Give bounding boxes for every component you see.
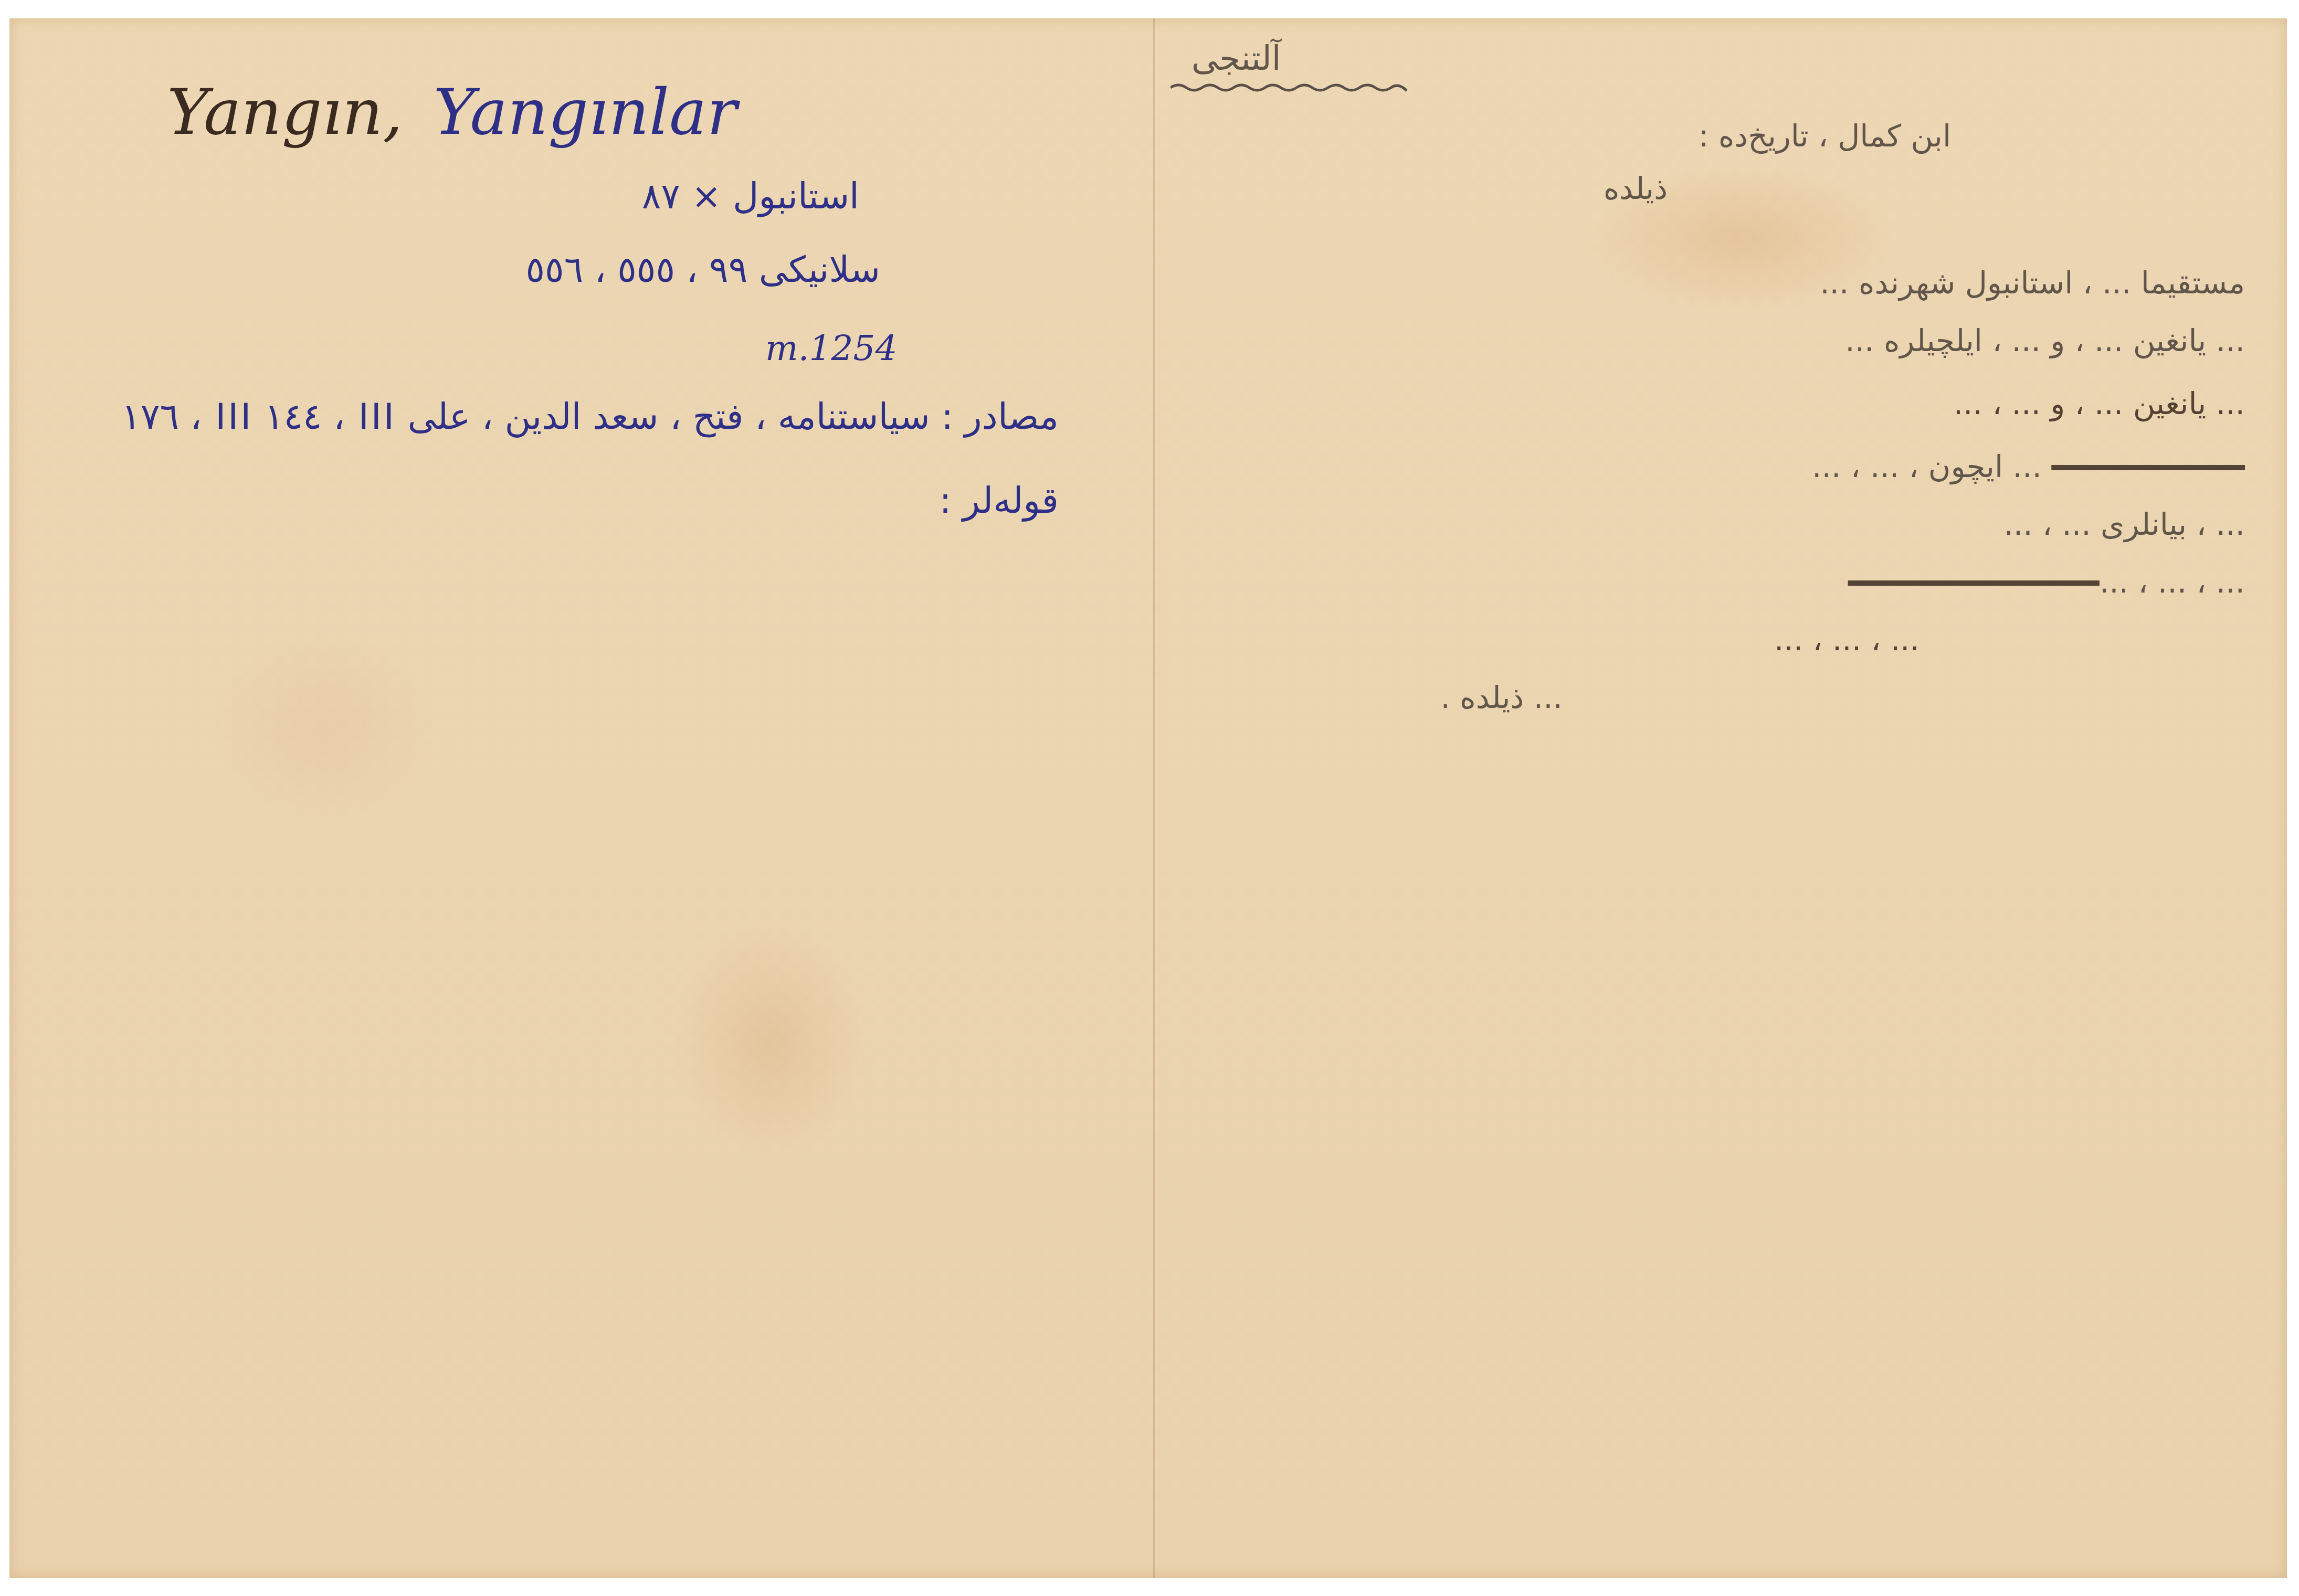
title-part1: Yangın, (167, 76, 403, 149)
title: Yangın, Yangınlar (167, 81, 737, 144)
note-line-quotes: قوله‌لر : (939, 480, 1059, 522)
body-line-6: ... ، ... ، ... ​ (1848, 564, 2245, 600)
right-heading: آلتنجی (1191, 39, 1281, 78)
body-line-5: ... ، بیانلری ... ، ... (2003, 506, 2245, 542)
body-line-2: ... یانغین ... ، و ... ، ایلچیلره ... (1845, 323, 2245, 358)
body-line-7: ... ، ... ، ... (1774, 622, 1920, 658)
title-part2: Yangınlar (434, 76, 737, 149)
heading-wavy-underline (1170, 81, 1417, 97)
body-line-8: ... ذیلده . (1440, 680, 1563, 715)
body-line-6-text: ... ، ... ، ... (2100, 564, 2245, 600)
subheading-line-1: ابن كمال ، تاریخ‌ده : (1699, 118, 1951, 154)
subheading-line-2: ذیلده (1604, 171, 1668, 206)
note-line-reference: m.1254 (765, 328, 898, 368)
left-page: Yangın, Yangınlar استانبول × ٨٧ سلانیكی … (9, 18, 1153, 1578)
manuscript-sheet: Yangın, Yangınlar استانبول × ٨٧ سلانیكی … (9, 18, 2287, 1578)
struck-segment-2: ​ (1848, 564, 2100, 600)
note-line-sources: مصادر : سیاستنامه ، فتح ، سعد الدین ، عل… (121, 396, 1059, 438)
note-line-istanbul: استانبول × ٨٧ (642, 176, 859, 217)
struck-segment-1: ​ (2051, 449, 2245, 484)
note-line-selaniki: سلانیكی ٩٩ ، ٥٥٥ ، ٥٥٦ (526, 249, 880, 291)
body-line-4-text: ... ایچون ، ... ، ... (1812, 449, 2042, 484)
body-line-3: ... یانغین ... ، و ... ، ... (1954, 386, 2245, 421)
body-line-1: مستقیما ... ، استانبول شهرنده ... (1820, 265, 2245, 301)
right-page: آلتنجی ابن كمال ، تاریخ‌ده : ذیلده مستقی… (1155, 18, 2287, 1578)
body-line-4: ​ ... ایچون ، ... ، ... (1812, 449, 2245, 484)
